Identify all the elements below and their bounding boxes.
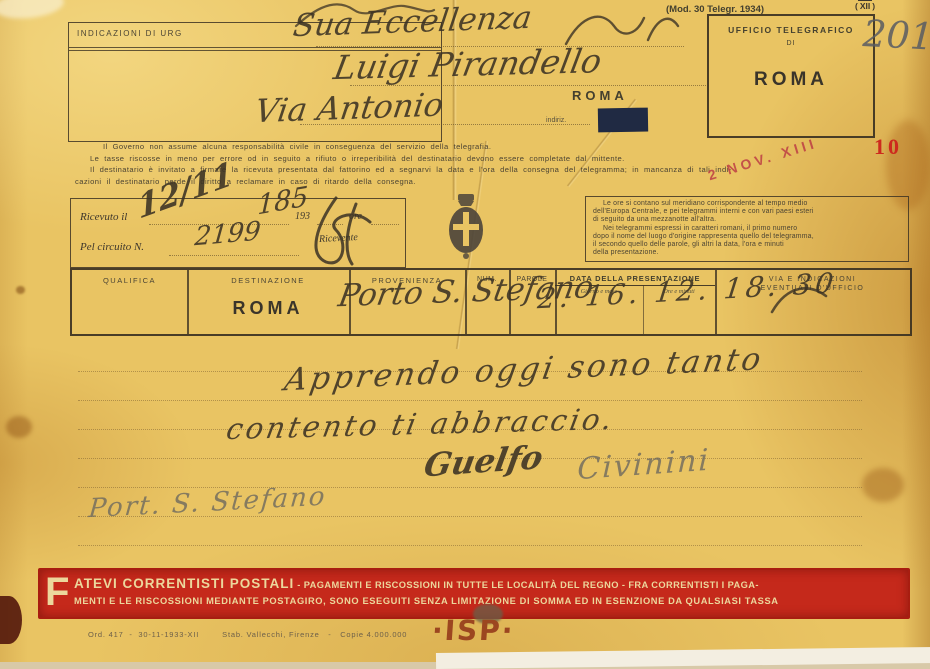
circuit-label: Pel circuito N. <box>80 241 144 253</box>
meridian-line: della presentazione. <box>593 249 901 257</box>
message-rule <box>78 545 862 546</box>
message-line1: Apprendo oggi sono tanto <box>282 341 766 398</box>
meridian-info-box: Le ore si contano sul meridiano corrispo… <box>585 196 909 262</box>
stamp-number: 10 <box>874 134 902 160</box>
torn-corner <box>0 0 65 22</box>
office-line1: UFFICIO TELEGRAFICO <box>709 25 873 35</box>
destination-value: ROMA <box>187 298 349 319</box>
meridian-line: Nei telegrammi espressi in caratteri rom… <box>593 225 901 233</box>
model-fraction: (XII) <box>855 1 875 11</box>
banner-initial: F <box>45 570 69 614</box>
pencil-number: 201 <box>862 12 930 59</box>
header-destinazione: DESTINAZIONE <box>187 276 349 285</box>
signature-pencil: Civinini <box>577 443 711 487</box>
legal-line: cazioni il destinatario perde il diritto… <box>75 176 416 188</box>
urgency-box-label: INDICAZIONI DI URG <box>77 29 183 38</box>
date-stamp: 2 NOV. XIII <box>706 135 819 183</box>
print-imprint: Ord. 417 - 30-11-1933-XII Stab. Vallecch… <box>88 630 407 639</box>
header-qualifica: QUALIFICA <box>72 276 187 285</box>
printed-address-fragment: indiriz. <box>546 117 566 124</box>
meridian-line: dell'Europa Centrale, e pei telegrammi i… <box>593 208 901 216</box>
paper-stain <box>16 286 25 294</box>
paper-stain <box>862 468 904 502</box>
paper-stain <box>6 416 32 438</box>
dark-blob <box>0 596 22 644</box>
message-line2: contento ti abbraccio. <box>224 402 618 446</box>
model-fraction-value: XII <box>858 0 872 11</box>
royal-crest-emblem <box>438 192 494 262</box>
banner-line1: ATEVI CORRENTISTI POSTALI - PAGAMENTI E … <box>74 575 902 593</box>
received-label: Ricevuto il <box>80 211 127 223</box>
isp-logo: ·ISP· <box>431 614 516 647</box>
meridian-line: dopo il nome del luogo d'origine rappres… <box>593 233 901 241</box>
dark-ink-box <box>598 108 648 133</box>
telegram-form: INDICAZIONI DI URG Sua Eccellenza Luigi … <box>0 0 930 662</box>
banner-line1-rest: - PAGAMENTI E RISCOSSIONI IN TUTTE LE LO… <box>294 580 759 590</box>
ink-flourish <box>770 282 830 318</box>
banner-lead: ATEVI CORRENTISTI POSTALI <box>74 576 294 591</box>
scan-edge <box>436 647 930 662</box>
received-number-hw: 2199 <box>193 216 262 252</box>
signature-ink: Guelfo <box>421 438 546 485</box>
legal-line: Il Governo non assume alcuna responsabil… <box>103 141 491 153</box>
legal-line: Le tasse riscosse in meno per errore od … <box>90 153 625 165</box>
printed-city-label: ROMA <box>572 88 628 103</box>
received-rule <box>169 255 299 256</box>
address-recipient-name: Luigi Pirandello <box>331 41 605 87</box>
pencil-scribble <box>292 0 437 30</box>
meridian-line: il secondo quello delle parole, gli altr… <box>593 241 901 249</box>
ink-flourish <box>286 196 386 268</box>
meridian-line: Le ore si contano sul meridiano corrispo… <box>593 200 901 208</box>
office-city: ROMA <box>709 69 873 91</box>
meridian-line: di seguito da una mezzanotte all'altra. <box>593 216 901 224</box>
office-line2: DI <box>709 40 873 47</box>
address-street: Via Antonio <box>253 85 446 130</box>
telegraph-office-box: UFFICIO TELEGRAFICO DI ROMA <box>707 14 875 138</box>
message-rule <box>78 400 862 401</box>
